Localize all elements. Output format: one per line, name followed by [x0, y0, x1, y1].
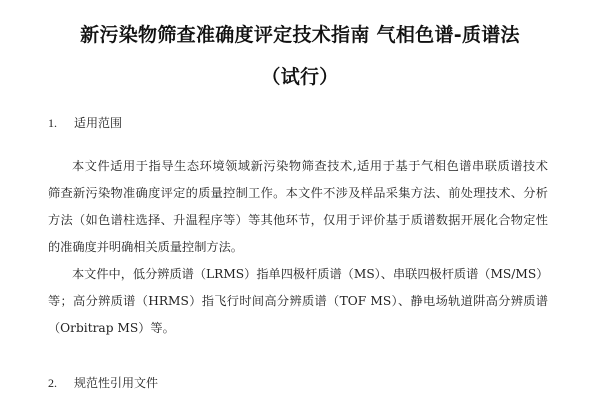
section-heading-scope: 1.适用范围: [48, 114, 122, 131]
section-title: 适用范围: [74, 116, 122, 130]
paragraph-line: （Orbitrap MS）等。: [48, 319, 548, 336]
section-number: 2.: [48, 376, 74, 391]
paragraph-line: 本文件中，低分辨质谱（LRMS）指单四极杆质谱（MS）、串联四极杆质谱（MS/M…: [72, 265, 548, 282]
section-title: 规范性引用文件: [74, 376, 158, 390]
paragraph-line: 等；高分辨质谱（HRMS）指飞行时间高分辨质谱（TOF MS）、静电场轨道阱高分…: [48, 292, 548, 309]
document-subtitle: （试行）: [0, 62, 600, 89]
paragraph-line: 方法（如色谱柱选择、升温程序等）等其他环节，仅用于评价基于质谱数据开展化合物定性: [48, 211, 548, 228]
section-number: 1.: [48, 116, 74, 131]
paragraph-line: 本文件适用于指导生态环境领域新污染物筛查技术,适用于基于气相色谱串联质谱技术: [72, 157, 548, 174]
document-title: 新污染物筛查准确度评定技术指南 气相色谱-质谱法: [0, 20, 600, 47]
document-page: 新污染物筛查准确度评定技术指南 气相色谱-质谱法 （试行） 1.适用范围 本文件…: [0, 0, 600, 400]
section-heading-normative-references: 2.规范性引用文件: [48, 374, 158, 391]
paragraph-line: 的准确度并明确相关质量控制方法。: [48, 238, 548, 255]
paragraph-line: 筛查新污染物准确度评定的质量控制工作。本文件不涉及样品采集方法、前处理技术、分析: [48, 184, 548, 201]
